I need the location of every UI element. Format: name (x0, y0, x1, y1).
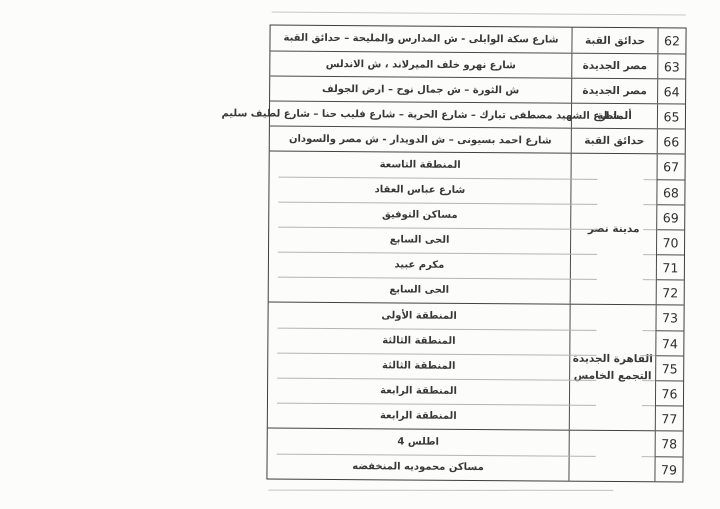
scan-artifact-bottom-line (268, 490, 613, 491)
street-cell: مساكن التوفيق (269, 202, 570, 229)
scan-tick (643, 229, 656, 230)
row-number-cell: 62 (658, 28, 685, 53)
scan-tick (642, 380, 655, 381)
number-column: 67 68 69 70 71 72 (657, 154, 685, 304)
row-number-cell: 74 (656, 330, 683, 355)
row-number-cell: 70 (657, 229, 684, 254)
street-column: اطلس 4 مساكن محموديه المنخفضه (267, 429, 569, 481)
district-cell: ألماظة (572, 104, 658, 129)
row-number-cell: 79 (655, 456, 682, 481)
street-cell: المنطقة الرابعة (268, 378, 569, 405)
row-number-cell: 78 (656, 431, 683, 456)
table-row: شارع نهرو خلف الميرلاند ، ش الاندلس مصر … (270, 51, 685, 79)
street-cell: المنطقة الأولى (268, 303, 569, 330)
table-row: شارع احمد بسيونى – ش الدويدار - ش مصر وا… (270, 126, 685, 154)
row-number-cell: 73 (656, 305, 683, 330)
scan-tick (643, 279, 656, 280)
scan-tick (643, 204, 656, 205)
street-cell: المنطقة التاسعة (270, 152, 571, 179)
row-number-cell: 66 (658, 129, 685, 153)
row-number-cell: 72 (657, 279, 684, 304)
number-column: 73 74 75 76 77 (656, 305, 684, 430)
scan-tick (642, 355, 655, 356)
scan-artifact-top-line (272, 12, 686, 16)
street-cell: شارع الشهيد مصطفى تبارك – شارع الحرية – … (270, 102, 572, 128)
table-section-67-72: المنطقة التاسعة شارع عباس العقاد مساكن ا… (269, 151, 685, 305)
row-number-cell: 67 (658, 154, 685, 179)
district-label-line2: التجمع الخامس (574, 367, 652, 384)
table-row: شارع الشهيد مصطفى تبارك – شارع الحرية – … (270, 101, 685, 129)
street-cell: الحى السابع (269, 227, 570, 254)
district-cell: مصر الجديدة (572, 79, 658, 104)
street-column: المنطقة التاسعة شارع عباس العقاد مساكن ا… (269, 152, 572, 304)
row-number-cell: 77 (656, 405, 683, 430)
row-number-cell: 71 (657, 254, 684, 279)
street-cell: المنطقة الثالثة (268, 328, 569, 355)
street-cell: المنطقة الثالثة (268, 353, 569, 380)
street-cell: اطلس 4 (268, 429, 569, 456)
table-section-78-79: اطلس 4 مساكن محموديه المنخفضه 78 79 (267, 428, 682, 482)
districts-table: شارع سكة الوايلى - ش المدارس والمليحة – … (266, 25, 686, 483)
street-cell: ش الثورة – ش جمال نوح – ارض الجولف (270, 77, 572, 103)
row-number-cell: 75 (656, 355, 683, 380)
table-row: ش الثورة – ش جمال نوح – ارض الجولف مصر ا… (270, 76, 685, 104)
row-number-cell: 68 (657, 179, 684, 204)
table-section-62-66: شارع سكة الوايلى - ش المدارس والمليحة – … (270, 26, 686, 154)
scan-tick (643, 254, 656, 255)
row-number-cell: 69 (657, 204, 684, 229)
scan-tick (642, 456, 655, 457)
row-number-cell: 76 (656, 380, 683, 405)
street-cell: المنطقة الرابعة (268, 403, 569, 430)
table-row: شارع سكة الوايلى - ش المدارس والمليحة – … (270, 26, 685, 54)
scan-tick (642, 330, 655, 331)
row-number-cell: 64 (658, 79, 685, 103)
row-number-cell: 65 (658, 104, 685, 128)
scan-area: شارع سكة الوايلى - ش المدارس والمليحة – … (266, 11, 687, 500)
number-column: 78 79 (655, 431, 682, 481)
street-column: المنطقة الأولى المنطقة الثالثة المنطقة ا… (268, 303, 571, 430)
row-number-cell: 63 (658, 54, 685, 78)
district-cell: حدائق القبة (572, 129, 658, 154)
table-section-73-77: المنطقة الأولى المنطقة الثالثة المنطقة ا… (268, 302, 684, 431)
district-cell: حدائق القبة (572, 28, 658, 54)
district-cell: مصر الجديدة (572, 54, 658, 79)
scanned-page: شارع سكة الوايلى - ش المدارس والمليحة – … (0, 0, 720, 509)
street-cell: شارع نهرو خلف الميرلاند ، ش الاندلس (270, 52, 572, 78)
scan-tick (642, 405, 655, 406)
scan-tick (644, 179, 657, 180)
street-cell: شارع سكة الوايلى - ش المدارس والمليحة – … (270, 26, 572, 53)
street-cell: شارع عباس العقاد (269, 177, 570, 204)
street-cell: شارع احمد بسيونى – ش الدويدار - ش مصر وا… (270, 127, 572, 153)
street-cell: الحى السابع (269, 277, 570, 304)
street-cell: مكرم عبيد (269, 252, 570, 279)
street-cell: مساكن محموديه المنخفضه (267, 454, 568, 481)
merged-district-cell-new-cairo: القاهرة الجديدة التجمع الخامس (570, 305, 657, 431)
